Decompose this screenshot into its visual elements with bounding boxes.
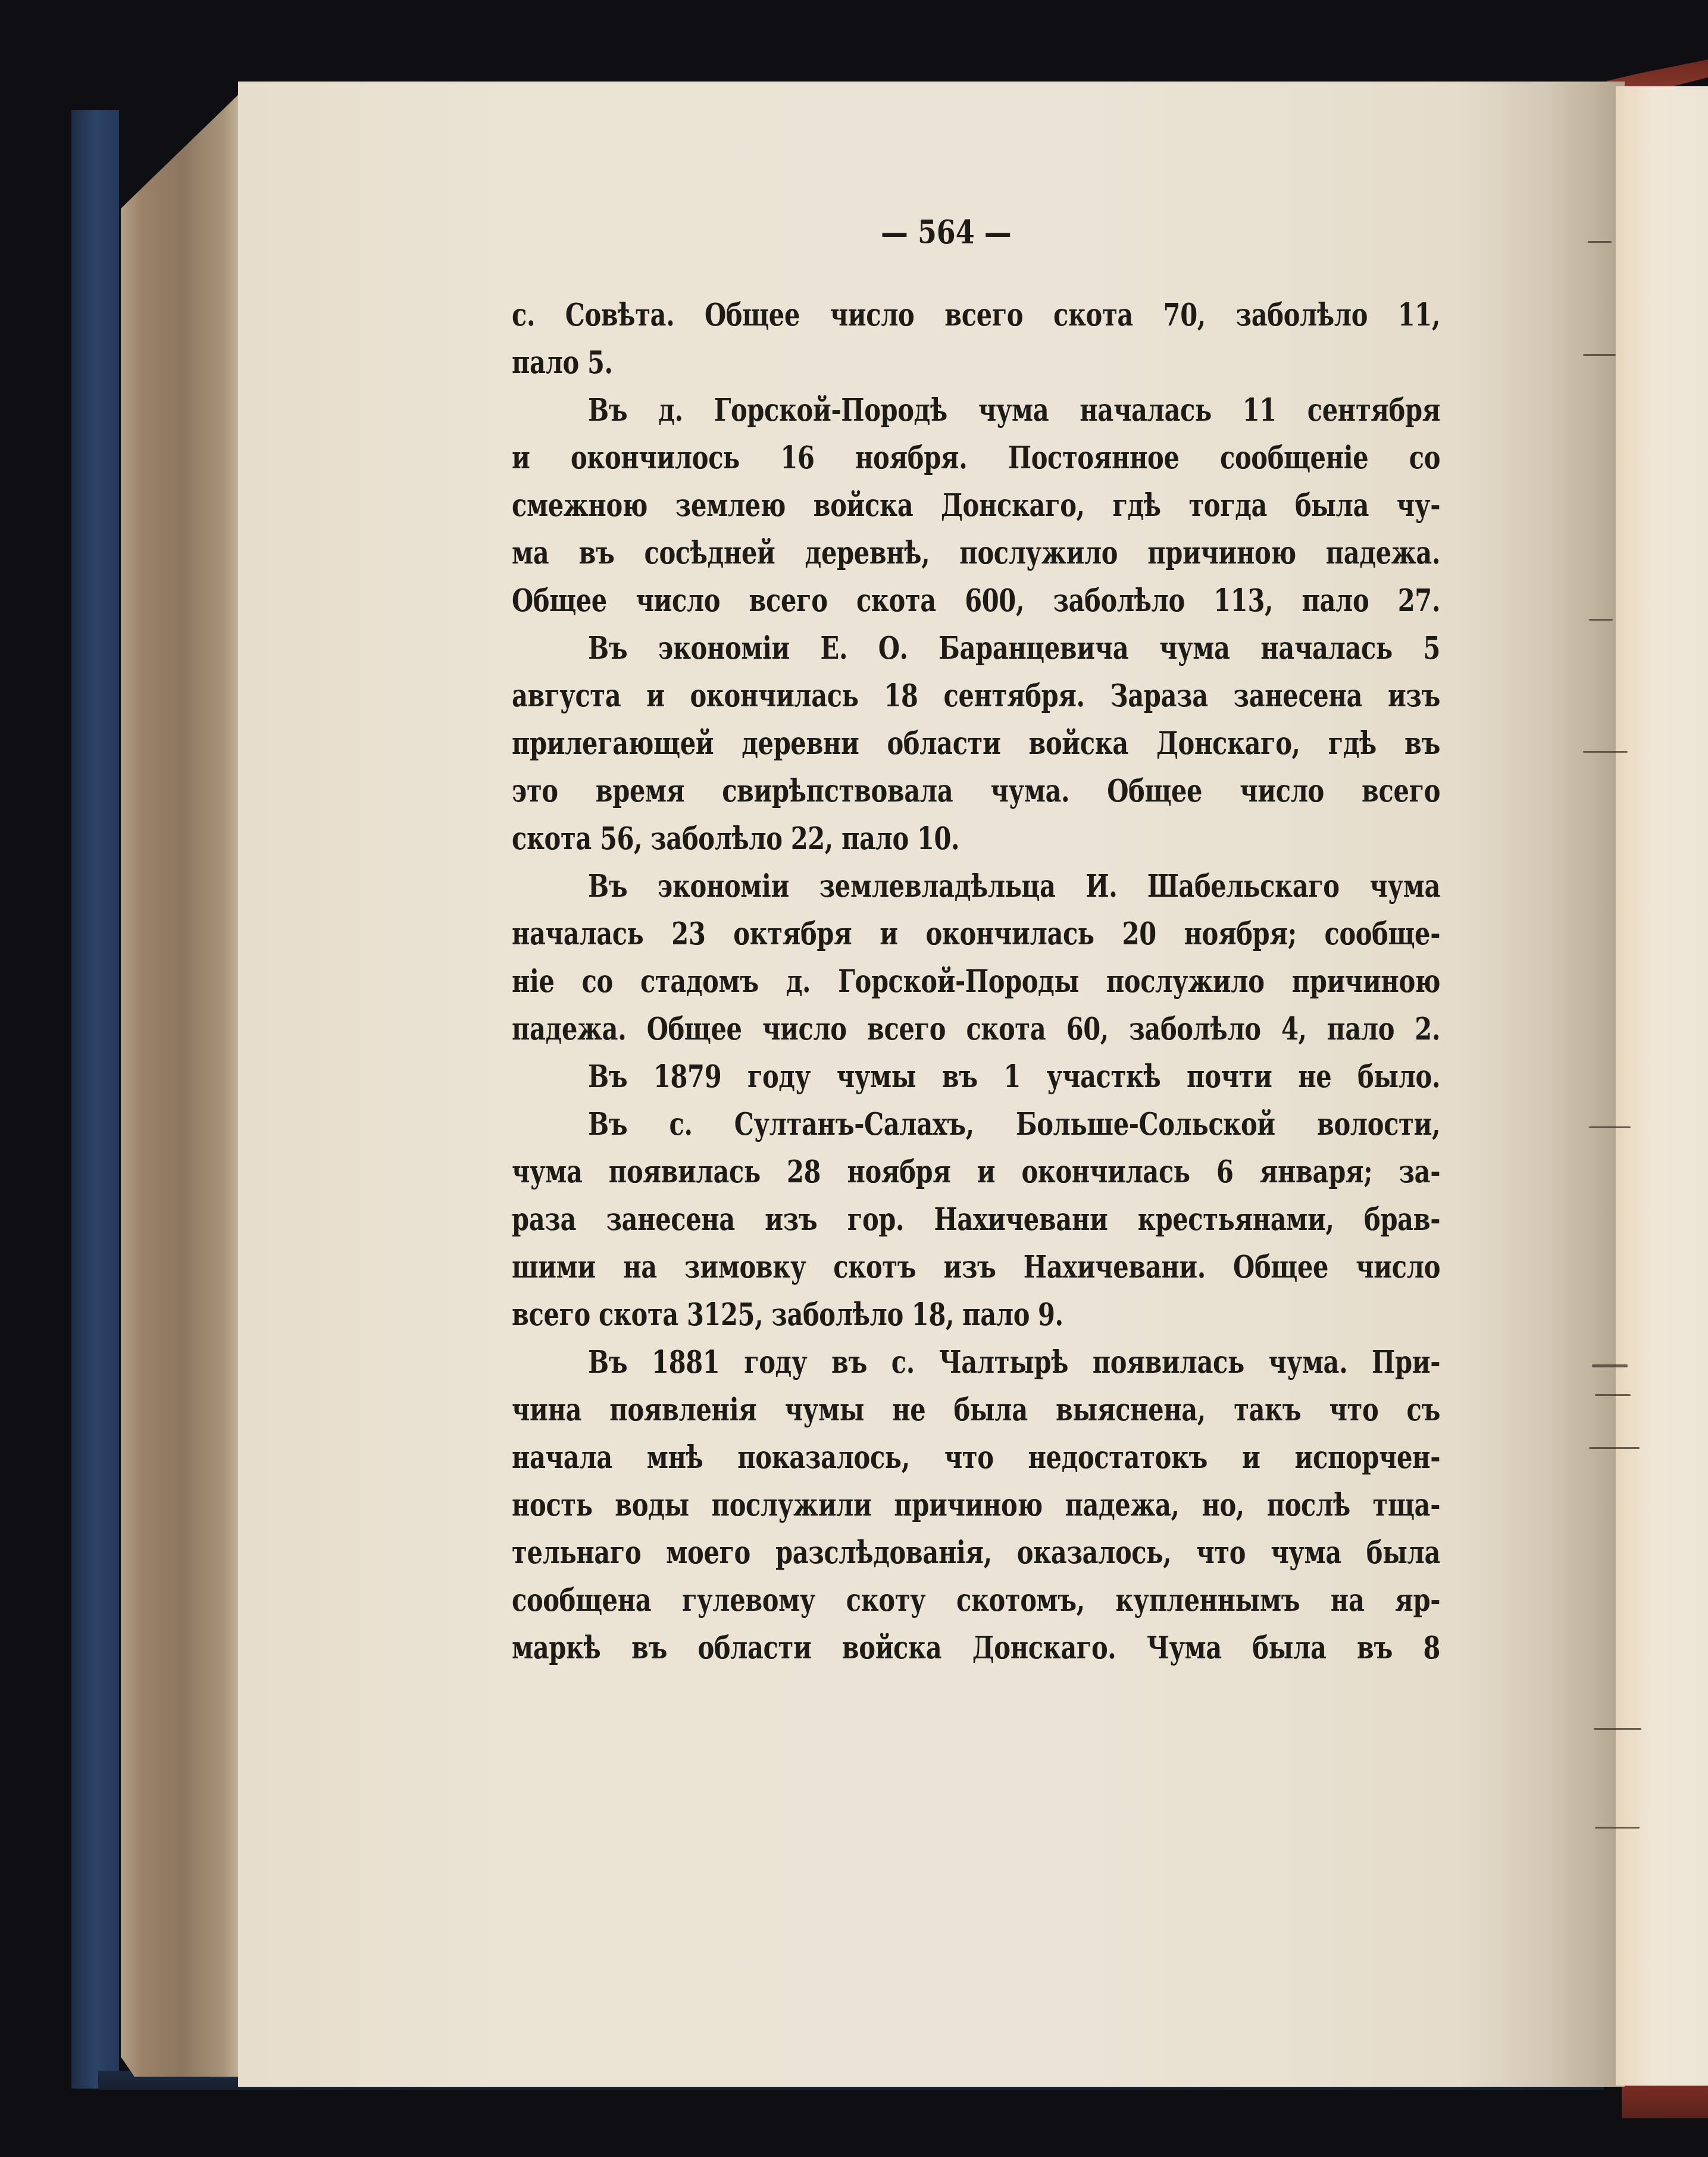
text-line: ма въ сосѣдней деревнѣ, послужило причин… bbox=[512, 530, 1440, 577]
binding-mark bbox=[1589, 1447, 1640, 1449]
text-line: чума появилась 28 ноября и окончилась 6 … bbox=[512, 1148, 1440, 1196]
book-scan: — 564 — с. Совѣта. Общее число всего ско… bbox=[0, 0, 1708, 2157]
binding-mark bbox=[1583, 751, 1628, 753]
text-line: тельнаго моего разслѣдованія, оказалось,… bbox=[512, 1529, 1440, 1577]
binding-mark bbox=[1592, 1364, 1628, 1367]
text-line: началась 23 октября и окончилась 20 нояб… bbox=[512, 910, 1440, 958]
text-line: августа и окончилась 18 сентября. Зараза… bbox=[512, 672, 1440, 720]
paragraph: Въ экономіи землевладѣльца И. Шабельскаг… bbox=[512, 863, 1440, 1053]
binding-mark bbox=[1588, 241, 1612, 243]
paragraph: Въ д. Горской-Породѣ чума началась 11 се… bbox=[512, 387, 1440, 625]
text-line: с. Совѣта. Общее число всего скота 70, з… bbox=[512, 292, 1440, 339]
text-line: раза занесена изъ гор. Нахичевани кресть… bbox=[512, 1196, 1440, 1244]
page-stack-edge bbox=[107, 89, 244, 2077]
paragraph: Въ с. Султанъ-Салахъ, Больше-Сольской во… bbox=[512, 1101, 1440, 1339]
text-line: Въ д. Горской-Породѣ чума началась 11 се… bbox=[512, 387, 1440, 434]
binding-mark bbox=[1595, 1394, 1631, 1396]
body-text: с. Совѣта. Общее число всего скота 70, з… bbox=[512, 292, 1440, 1672]
text-line: прилегающей деревни области войска Донск… bbox=[512, 720, 1440, 768]
gutter-shadow bbox=[1547, 82, 1625, 2087]
text-line: чина появленія чумы не была выяснена, та… bbox=[512, 1386, 1440, 1434]
text-line: Въ 1879 году чумы въ 1 участкѣ почти не … bbox=[512, 1053, 1440, 1101]
text-line: сообщена гулевому скоту скотомъ, купленн… bbox=[512, 1577, 1440, 1624]
binding-mark bbox=[1589, 1126, 1631, 1128]
text-line: Въ экономіи Е. О. Баранцевича чума начал… bbox=[512, 625, 1440, 672]
paragraph: Въ экономіи Е. О. Баранцевича чума начал… bbox=[512, 625, 1440, 863]
binding-mark bbox=[1589, 619, 1613, 621]
text-line: скота 56, заболѣло 22, пало 10. bbox=[512, 815, 1440, 863]
text-line: смежною землею войска Донскаго, гдѣ тогд… bbox=[512, 482, 1440, 530]
text-line: Въ экономіи землевладѣльца И. Шабельскаг… bbox=[512, 863, 1440, 910]
text-line: маркѣ въ области войска Донскаго. Чума б… bbox=[512, 1624, 1440, 1672]
text-line: это время свирѣпствовала чума. Общее чис… bbox=[512, 768, 1440, 815]
binding-mark bbox=[1583, 354, 1616, 356]
headband-bottom bbox=[1622, 2083, 1708, 2118]
text-line: пало 5. bbox=[512, 339, 1440, 387]
text-line: Общее число всего скота 600, заболѣло 11… bbox=[512, 577, 1440, 625]
text-line: ніе со стадомъ д. Горской-Породы послужи… bbox=[512, 958, 1440, 1006]
text-line: Въ с. Султанъ-Салахъ, Больше-Сольской во… bbox=[512, 1101, 1440, 1148]
paragraph: Въ 1881 году въ с. Чалтырѣ появилась чум… bbox=[512, 1339, 1440, 1672]
binding-mark bbox=[1595, 1827, 1640, 1829]
book-cover-left-edge bbox=[71, 110, 119, 2089]
text-line: Въ 1881 году въ с. Чалтырѣ появилась чум… bbox=[512, 1339, 1440, 1386]
text-line: начала мнѣ показалось, что недостатокъ и… bbox=[512, 1434, 1440, 1482]
text-line: падежа. Общее число всего скота 60, забо… bbox=[512, 1006, 1440, 1053]
text-line: и окончилось 16 ноября. Постоянное сообщ… bbox=[512, 434, 1440, 482]
text-line: всего скота 3125, заболѣло 18, пало 9. bbox=[512, 1291, 1440, 1339]
paragraph: с. Совѣта. Общее число всего скота 70, з… bbox=[512, 292, 1440, 387]
page-number: — 564 — bbox=[881, 213, 1033, 251]
text-line: шими на зимовку скотъ изъ Нахичевани. Об… bbox=[512, 1244, 1440, 1291]
text-line: ность воды послужили причиною падежа, но… bbox=[512, 1482, 1440, 1529]
binding-mark bbox=[1594, 1728, 1641, 1730]
facing-page-edge bbox=[1616, 86, 1708, 2086]
paragraph: Въ 1879 году чумы въ 1 участкѣ почти не … bbox=[512, 1053, 1440, 1101]
